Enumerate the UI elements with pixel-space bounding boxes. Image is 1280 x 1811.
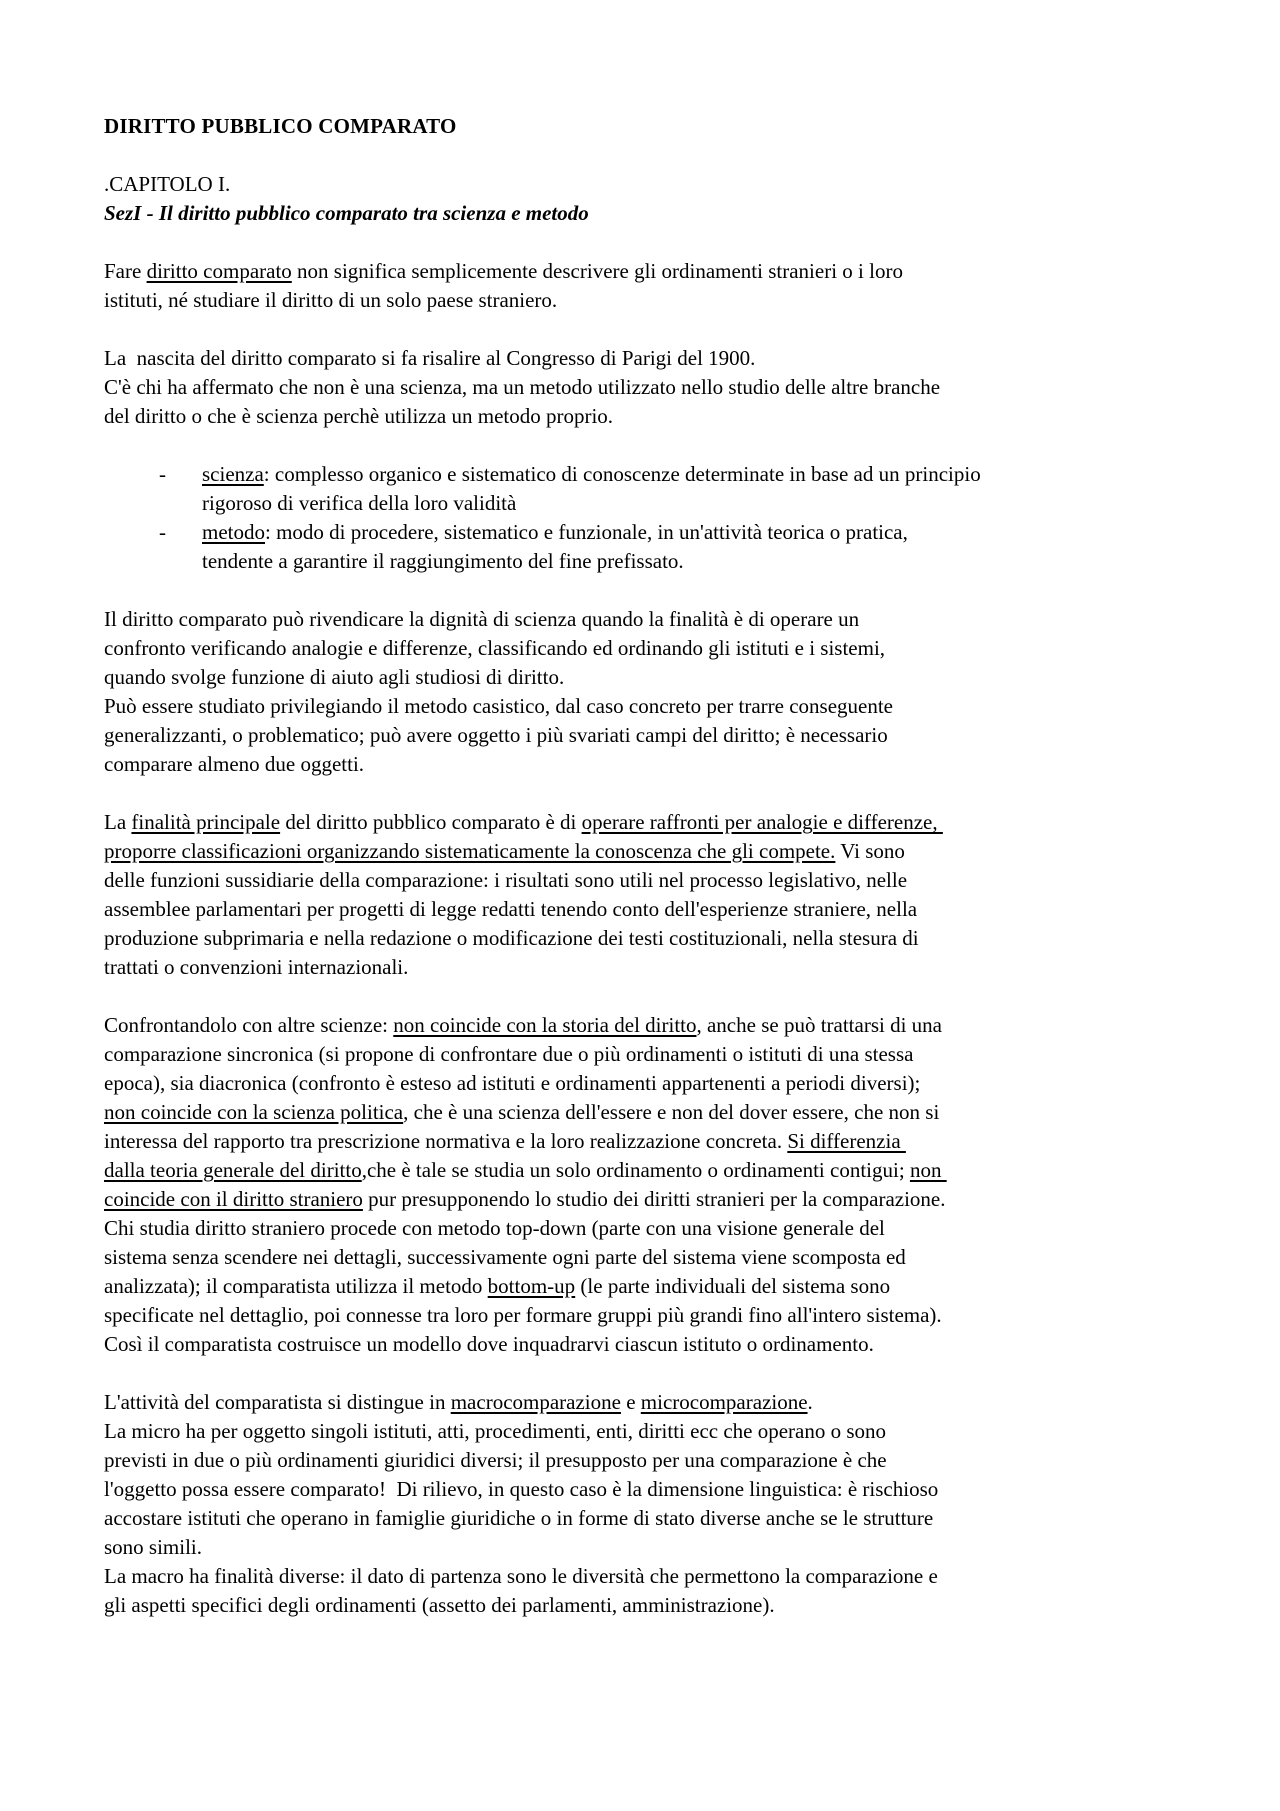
- text-run: La micro ha per oggetto singoli istituti…: [104, 1419, 886, 1443]
- text-run: produzione subprimaria e nella redazione…: [104, 926, 919, 950]
- confronto-scienze-paragraph: Confrontandolo con altre scienze: non co…: [104, 1011, 1236, 1359]
- text-run: delle funzioni sussidiarie della compara…: [104, 868, 907, 892]
- text-run: sono simili.: [104, 1535, 202, 1559]
- document-body: DIRITTO PUBBLICO COMPARATO .CAPITOLO I. …: [0, 0, 1280, 1620]
- text-run: Il diritto comparato può rivendicare la …: [104, 607, 859, 631]
- text-run: Può essere studiato privilegiando il met…: [104, 694, 893, 718]
- underlined-text: non coincide con la storia del diritto: [393, 1013, 696, 1037]
- text-run: assemblee parlamentari per progetti di l…: [104, 897, 917, 921]
- underlined-text: diritto comparato: [147, 259, 292, 283]
- bullet-marker: -: [159, 460, 166, 489]
- text-run: interessa del rapporto tra prescrizione …: [104, 1129, 787, 1153]
- text-run: l'oggetto possa essere comparato! Di ril…: [104, 1477, 938, 1501]
- text-run: ,che è tale se studia un solo ordinament…: [362, 1158, 910, 1182]
- section-heading: SezI - Il diritto pubblico comparato tra…: [104, 199, 1236, 228]
- bullet-marker: -: [159, 518, 166, 547]
- bullet-text: scienza: complesso organico e sistematic…: [202, 462, 981, 515]
- text-run: L'attività del comparatista si distingue…: [104, 1390, 451, 1414]
- text-run: Vi sono: [835, 839, 905, 863]
- definition-scienza-bullet: -scienza: complesso organico e sistemati…: [104, 460, 1236, 518]
- text-run: La: [104, 810, 131, 834]
- text-run: , anche se può trattarsi di una: [696, 1013, 942, 1037]
- text-run: gli aspetti specifici degli ordinamenti …: [104, 1593, 775, 1617]
- underlined-text: coincide con il diritto straniero: [104, 1187, 363, 1211]
- document-title: DIRITTO PUBBLICO COMPARATO: [104, 112, 1236, 141]
- definition-metodo-bullet: -metodo: modo di procedere, sistematico …: [104, 518, 1236, 576]
- origins-paragraph: La nascita del diritto comparato si fa r…: [104, 344, 1236, 431]
- text-run: del diritto pubblico comparato è di: [280, 810, 582, 834]
- text-run: specificate nel dettaglio, poi connesse …: [104, 1303, 942, 1327]
- text-run: Fare: [104, 259, 147, 283]
- text-run: istituti, né studiare il diritto di un s…: [104, 288, 557, 312]
- text-run: e: [621, 1390, 641, 1414]
- text-run: pur presupponendo lo studio dei diritti …: [363, 1187, 946, 1211]
- underlined-text: operare raffronti per analogie e differe…: [582, 810, 943, 834]
- underlined-text: non: [910, 1158, 947, 1182]
- macro-micro-paragraph: L'attività del comparatista si distingue…: [104, 1388, 1236, 1620]
- underlined-text: metodo: [202, 520, 265, 544]
- text-run: analizzata); il comparatista utilizza il…: [104, 1274, 488, 1298]
- dignita-scienza-paragraph: Il diritto comparato può rivendicare la …: [104, 605, 1236, 779]
- text-run: comparazione sincronica (si propone di c…: [104, 1042, 913, 1066]
- underlined-text: finalità principale: [131, 810, 280, 834]
- underlined-text: proporre classificazioni organizzando si…: [104, 839, 835, 863]
- underlined-text: bottom-up: [488, 1274, 576, 1298]
- document-page: DIRITTO PUBBLICO COMPARATO .CAPITOLO I. …: [0, 0, 1280, 1811]
- text-run: epoca), sia diacronica (confronto è este…: [104, 1071, 920, 1095]
- text-run: del diritto o che è scienza perchè utili…: [104, 404, 613, 428]
- text-run: (le parte individuali del sistema sono: [575, 1274, 890, 1298]
- text-run: previsti in due o più ordinamenti giurid…: [104, 1448, 887, 1472]
- text-run: accostare istituti che operano in famigl…: [104, 1506, 933, 1530]
- intro-paragraph: Fare diritto comparato non significa sem…: [104, 257, 1236, 315]
- text-run: Confrontandolo con altre scienze:: [104, 1013, 393, 1037]
- text-run: : complesso organico e sistematico di co…: [264, 462, 981, 486]
- text-run: non significa semplicemente descrivere g…: [292, 259, 903, 283]
- text-run: generalizzanti, o problematico; può aver…: [104, 723, 888, 747]
- underlined-text: Si differenzia: [787, 1129, 906, 1153]
- text-run: Così il comparatista costruisce un model…: [104, 1332, 874, 1356]
- text-run: Chi studia diritto straniero procede con…: [104, 1216, 885, 1240]
- underlined-text: non coincide con la scienza politica: [104, 1100, 403, 1124]
- chapter-heading: .CAPITOLO I.: [104, 170, 1236, 199]
- finalita-paragraph: La finalità principale del diritto pubbl…: [104, 808, 1236, 982]
- text-run: sistema senza scendere nei dettagli, suc…: [104, 1245, 906, 1269]
- bullet-text: metodo: modo di procedere, sistematico e…: [202, 520, 908, 573]
- text-run: trattati o convenzioni internazionali.: [104, 955, 408, 979]
- document-blocks: Fare diritto comparato non significa sem…: [104, 257, 1236, 1620]
- text-run: rigoroso di verifica della loro validità: [202, 491, 516, 515]
- underlined-text: microcomparazione: [641, 1390, 808, 1414]
- underlined-text: scienza: [202, 462, 264, 486]
- underlined-text: macrocomparazione: [451, 1390, 621, 1414]
- text-run: quando svolge funzione di aiuto agli stu…: [104, 665, 564, 689]
- text-run: comparare almeno due oggetti.: [104, 752, 364, 776]
- text-run: C'è chi ha affermato che non è una scien…: [104, 375, 940, 399]
- text-run: confronto verificando analogie e differe…: [104, 636, 885, 660]
- text-run: , che è una scienza dell'essere e non de…: [403, 1100, 939, 1124]
- text-run: La macro ha finalità diverse: il dato di…: [104, 1564, 938, 1588]
- text-run: : modo di procedere, sistematico e funzi…: [265, 520, 908, 544]
- text-run: .: [808, 1390, 813, 1414]
- underlined-text: dalla teoria generale del diritto: [104, 1158, 362, 1182]
- text-run: tendente a garantire il raggiungimento d…: [202, 549, 684, 573]
- text-run: La nascita del diritto comparato si fa r…: [104, 346, 755, 370]
